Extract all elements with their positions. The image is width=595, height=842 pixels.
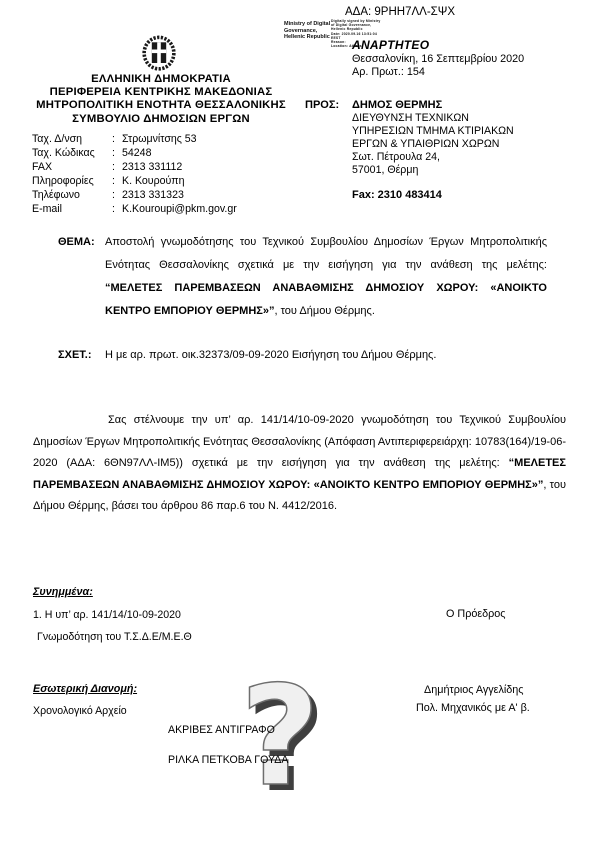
recipient-line: Σωτ. Πέτρουλα 24, — [352, 151, 514, 164]
certified-copy-label: ΑΚΡΙΒΕΣ ΑΝΤΙΓΡΑΦΟ — [168, 724, 275, 736]
recipient-block: ΠΡΟΣ: ΔΗΜΟΣ ΘΕΡΜΗΣ ΔΙΕΥΘΥΝΣΗ ΤΕΧΝΙΚΩΝ ΥΠ… — [305, 99, 514, 202]
contact-row-information: Πληροφορίες:Κ. Κουρούπη — [32, 174, 237, 188]
letterhead: ΕΛΛΗΝΙΚΗ ΔΗΜΟΚΡΑΤΙΑ ΠΕΡΙΦΕΡΕΙΑ ΚΕΝΤΡΙΚΗΣ… — [5, 73, 317, 126]
subject-block: ΘΕΜΑ: Αποστολή γνωμοδότησης του Τεχνικού… — [58, 231, 547, 323]
greek-coat-of-arms-icon — [141, 35, 177, 78]
recipient-line: ΥΠΗΡΕΣΙΩΝ ΤΜΗΜΑ ΚΤΙΡΙΑΚΩΝ — [352, 125, 514, 138]
signature-name: Δημήτριος Αγγελίδης — [424, 684, 524, 696]
signature-title: Ο Πρόεδρος — [446, 608, 506, 620]
internal-distribution-heading: Εσωτερική Διανομή: — [33, 683, 137, 695]
question-mark-watermark: ? — [240, 668, 320, 806]
contact-row-fax: FAX:2313 331112 — [32, 160, 237, 174]
reference-block: ΣΧΕΤ.: Η με αρ. πρωτ. οικ.32373/09-09-20… — [58, 348, 547, 363]
subject-label: ΘΕΜΑ: — [58, 231, 105, 323]
recipient-line: ΔΙΕΥΘΥΝΣΗ ΤΕΧΝΙΚΩΝ — [352, 112, 514, 125]
signature-role: Πολ. Μηχανικός με Α' β. — [416, 702, 530, 714]
letterhead-line-republic: ΕΛΛΗΝΙΚΗ ΔΗΜΟΚΡΑΤΙΑ — [5, 73, 317, 86]
reference-label: ΣΧΕΤ.: — [58, 348, 105, 363]
stamp-ministry-line: Ministry of Digital — [284, 21, 332, 28]
digital-signature-stamp-ministry: Ministry of Digital Governance, Hellenic… — [284, 21, 332, 41]
letterhead-line-council: ΣΥΜΒΟΥΛΙΟ ΔΗΜΟΣΙΩΝ ΕΡΓΩΝ — [5, 113, 317, 126]
protocol-number: Αρ. Πρωτ.: 154 — [352, 66, 425, 78]
reference-text: Η με αρ. πρωτ. οικ.32373/09-09-2020 Εισή… — [105, 348, 436, 363]
recipient-line: ΕΡΓΩΝ & ΥΠΑΙΘΡΙΩΝ ΧΩΡΩΝ — [352, 138, 514, 151]
internal-distribution-item: Χρονολογικό Αρχείο — [33, 705, 127, 717]
anartiteo-label: ΑΝΑΡΤΗΤΕΟ — [352, 38, 429, 52]
letterhead-line-metropolitan-unit: ΜΗΤΡΟΠΟΛΙΤΙΚΗ ΕΝΟΤΗΤΑ ΘΕΣΣΑΛΟΝΙΚΗΣ — [5, 99, 317, 112]
attachment-item: Γνωμοδότηση του Τ.Σ.Δ.Ε/Μ.Ε.Θ — [37, 631, 192, 643]
subject-text: Αποστολή γνωμοδότησης του Τεχνικού Συμβο… — [105, 231, 547, 323]
ada-code: ΑΔΑ: 9ΡΗΗ7ΛΛ-ΣΨΧ — [345, 6, 455, 18]
recipient-label: ΠΡΟΣ: — [305, 99, 352, 202]
stamp-ministry-line: Hellenic Republic — [284, 34, 332, 41]
document-page: ΑΔΑ: 9ΡΗΗ7ΛΛ-ΣΨΧ Ministry of Digital Gov… — [0, 0, 595, 842]
contact-row-phone: Τηλέφωνο:2313 331323 — [32, 188, 237, 202]
attachment-item: 1. Η υπ’ αρ. 141/14/10-09-2020 — [33, 609, 181, 621]
contact-row-address: Ταχ. Δ/νση:Στρωμνίτσης 53 — [32, 132, 237, 146]
contact-row-email: E-mail:K.Kouroupi@pkm.gov.gr — [32, 202, 237, 216]
certifier-name: ΡΙΛΚΑ ΠΕΤΚΟΒΑ ΓΟΥΔΑ — [168, 754, 288, 766]
place-and-date: Θεσσαλονίκη, 16 Σεπτεμβρίου 2020 — [352, 53, 524, 65]
letterhead-line-region: ΠΕΡΙΦΕΡΕΙΑ ΚΕΝΤΡΙΚΗΣ ΜΑΚΕΔΟΝΙΑΣ — [5, 86, 317, 99]
contact-info-block: Ταχ. Δ/νση:Στρωμνίτσης 53 Ταχ. Κώδικας:5… — [32, 132, 237, 216]
recipient-name: ΔΗΜΟΣ ΘΕΡΜΗΣ — [352, 99, 514, 112]
recipient-line: 57001, Θέρμη — [352, 164, 514, 177]
attachments-heading: Συνημμένα: — [33, 586, 93, 598]
body-paragraph: Σας στέλνουμε την υπ’ αρ. 141/14/10-09-2… — [33, 410, 566, 518]
contact-row-postal-code: Ταχ. Κώδικας:54248 — [32, 146, 237, 160]
recipient-fax: Fax: 2310 483414 — [352, 189, 514, 202]
